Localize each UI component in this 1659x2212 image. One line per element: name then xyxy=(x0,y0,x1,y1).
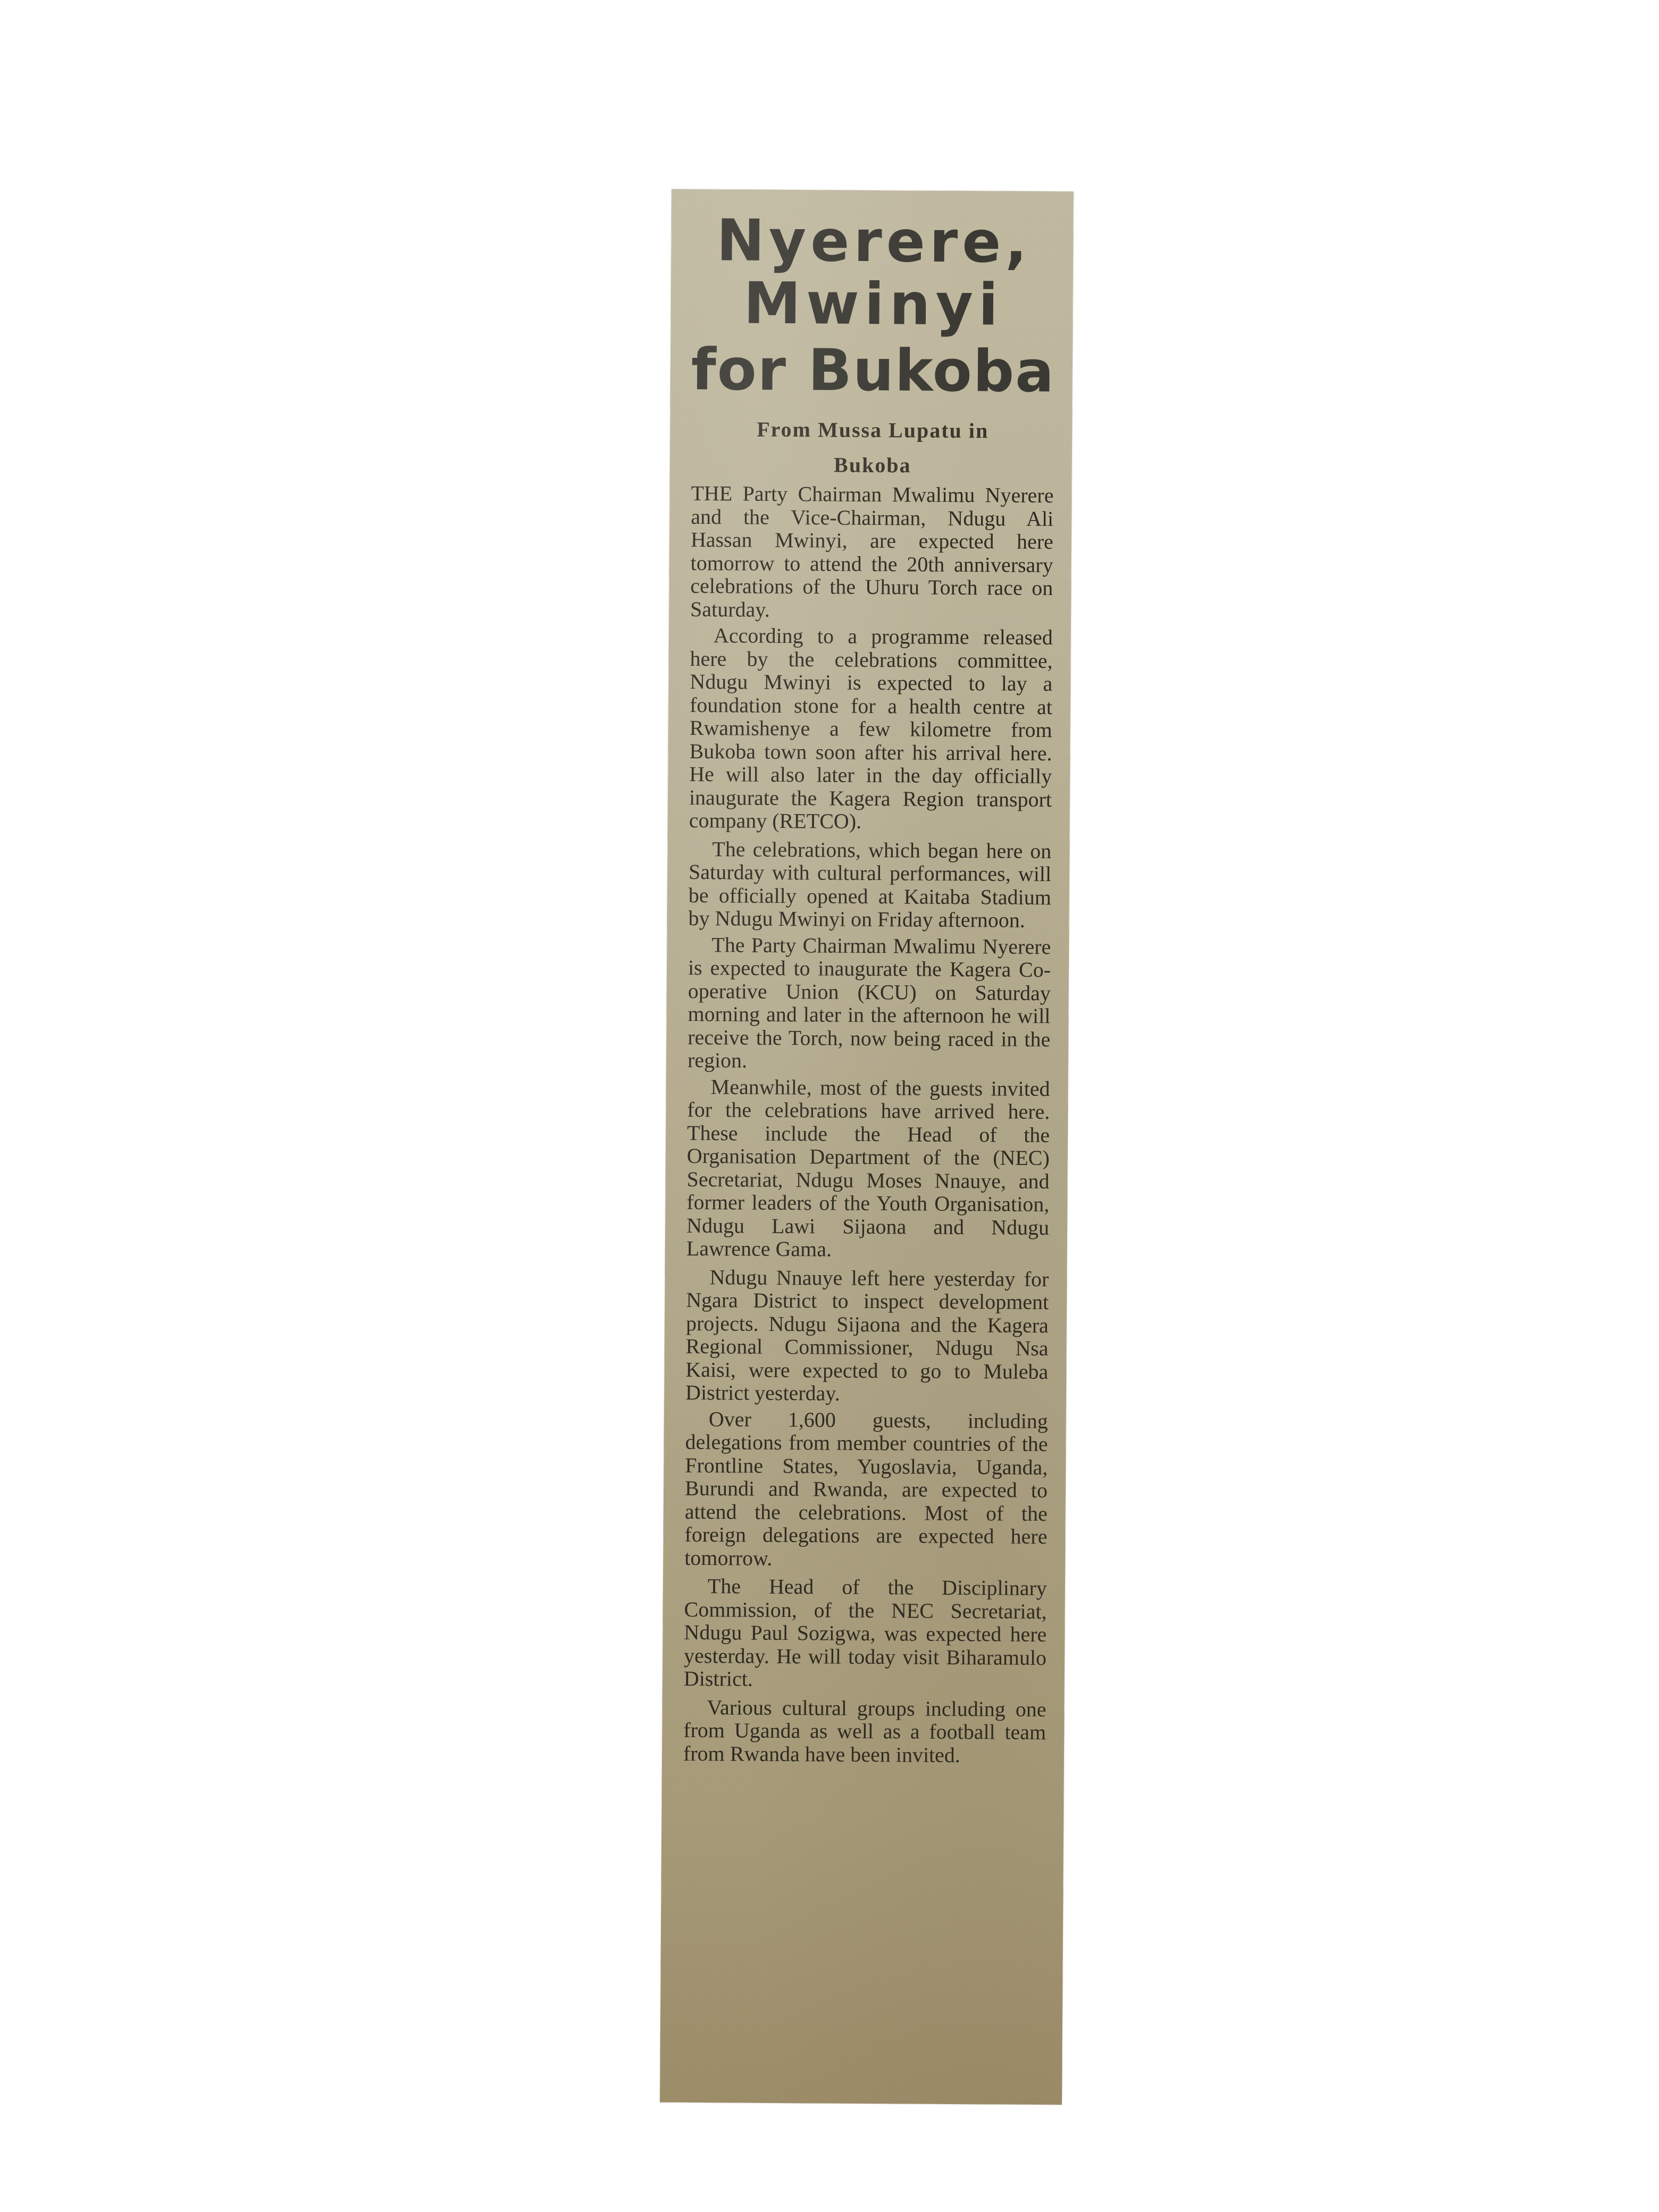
headline-line-2: Mwinyi xyxy=(692,274,1055,335)
paragraph-4: The Party Chairman Mwalimu Nyerere is ex… xyxy=(688,933,1051,1074)
paragraph-3: The celebrations, which began here on Sa… xyxy=(688,837,1051,932)
byline-line-1: From Mussa Lupatu in xyxy=(691,412,1054,449)
paragraph-8: The Head of the Disciplinary Commission,… xyxy=(684,1574,1047,1692)
paragraph-5: Meanwhile, most of the guests invited fo… xyxy=(686,1075,1050,1262)
headline: Nyerere, Mwinyi for Bukoba xyxy=(692,189,1055,404)
paragraph-1: THE Party Chairman Mwalimu Nyerere and t… xyxy=(690,482,1054,623)
headline-line-3: for Bukoba xyxy=(676,338,1071,405)
byline-line-2: Bukoba xyxy=(691,447,1054,484)
paragraph-6: Ndugu Nnauye left here yesterday for Nga… xyxy=(685,1265,1049,1406)
article-body: THE Party Chairman Mwalimu Nyerere and t… xyxy=(683,482,1054,1767)
byline: From Mussa Lupatu in Bukoba xyxy=(691,412,1054,484)
paragraph-2: According to a programme released here b… xyxy=(689,624,1053,834)
newspaper-clipping: Nyerere, Mwinyi for Bukoba From Mussa Lu… xyxy=(660,189,1074,2105)
paragraph-9: Various cultural groups including one fr… xyxy=(683,1695,1046,1767)
headline-line-1: Nyerere, xyxy=(692,189,1055,272)
paragraph-7: Over 1,600 guests, including delegations… xyxy=(684,1407,1048,1571)
